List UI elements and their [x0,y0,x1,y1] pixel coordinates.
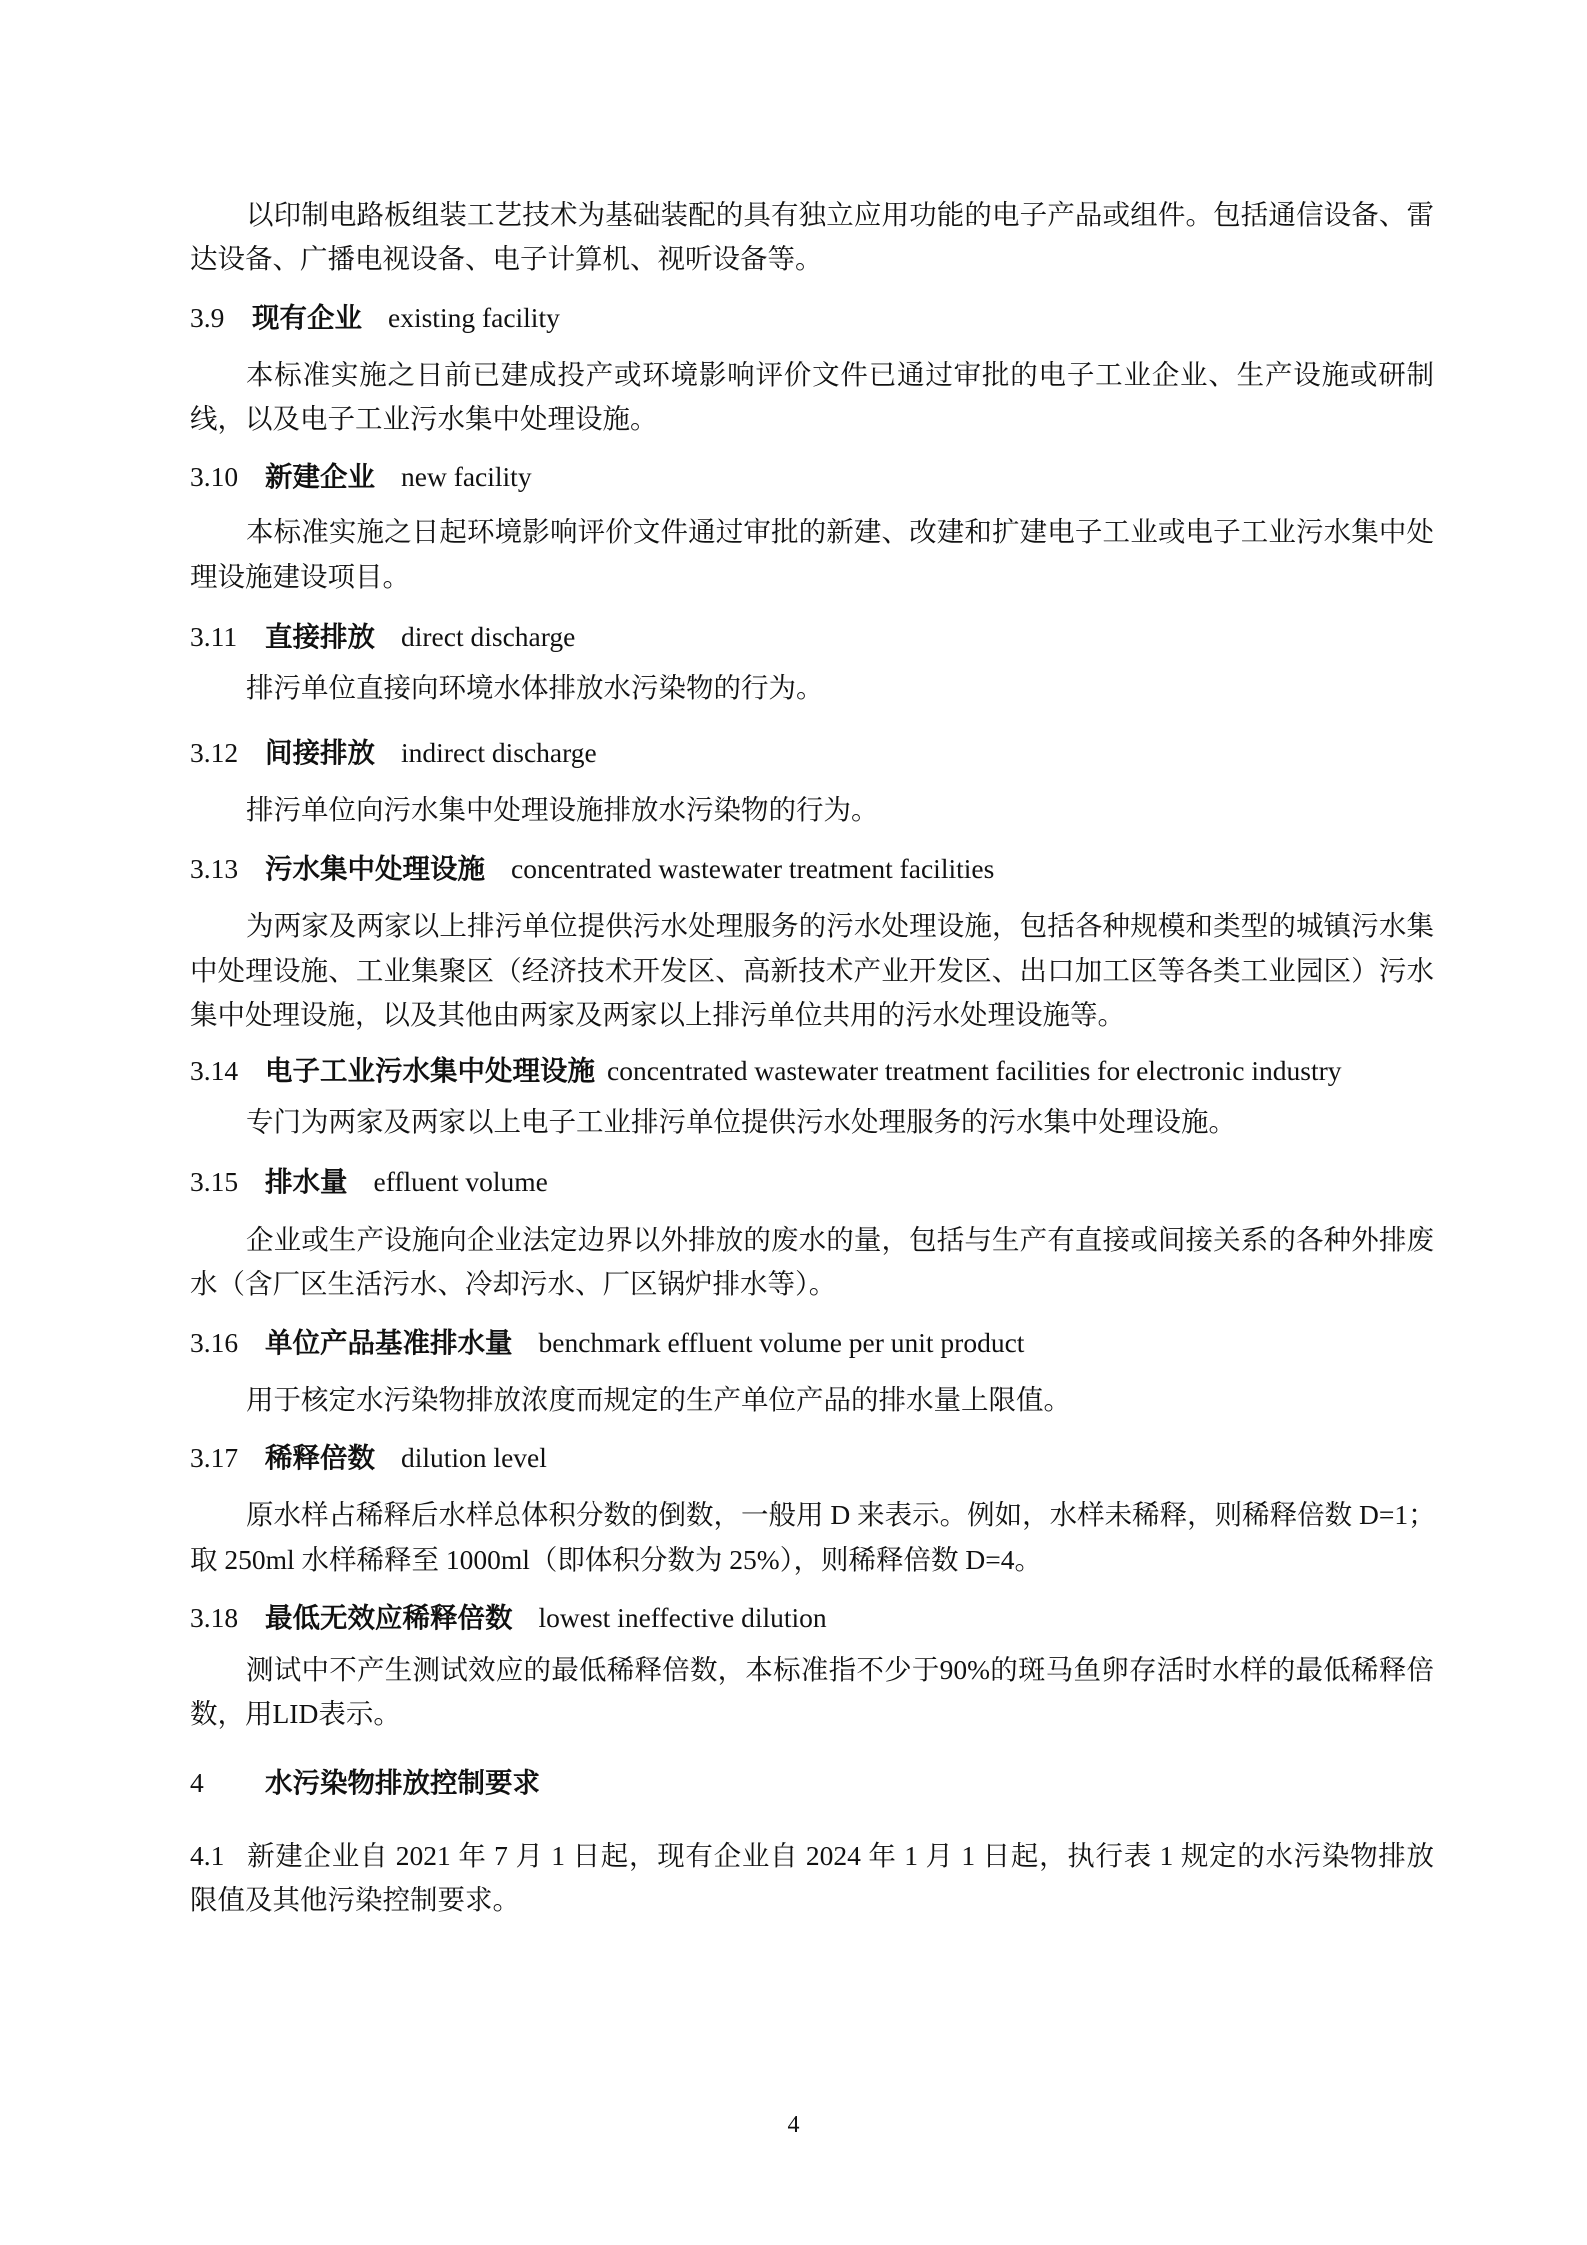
page-number: 4 [0,2112,1587,2139]
term-number: 3.9 [190,301,252,335]
term-heading-3-12: 3.12间接排放indirect discharge [190,736,1434,770]
term-heading-3-15: 3.15排水量effluent volume [190,1165,1434,1199]
term-heading-3-16: 3.16单位产品基准排水量benchmark effluent volume p… [190,1326,1434,1360]
term-cn: 直接排放 [265,621,375,653]
paragraph-line: 排污单位向污水集中处理设施排放水污染物的行为。 [246,793,1434,827]
term-number: 3.18 [190,1601,265,1635]
term-cn: 单位产品基准排水量 [265,1327,513,1359]
term-en: new facility [401,461,532,492]
paragraph-line: 理设施建设项目。 [190,560,1434,594]
paragraph-line: 为两家及两家以上排污单位提供污水处理服务的污水处理设施，包括各种规模和类型的城镇… [246,909,1434,943]
paragraph-line: 数，用LID表示。 [190,1697,1434,1731]
paragraph-line: 企业或生产设施向企业法定边界以外排放的废水的量，包括与生产有直接或间接关系的各种… [246,1223,1434,1257]
term-number: 3.14 [190,1054,265,1088]
term-en: dilution level [401,1442,547,1473]
term-en: benchmark effluent volume per unit produ… [539,1327,1025,1358]
section-title: 水污染物排放控制要求 [265,1767,540,1799]
term-heading-3-9: 3.9现有企业existing facility [190,301,1434,335]
term-en: direct discharge [401,621,575,652]
term-en: indirect discharge [401,737,597,768]
paragraph-line: 本标准实施之日起环境影响评价文件通过审批的新建、改建和扩建电子工业或电子工业污水… [246,515,1434,549]
paragraph-line: 排污单位直接向环境水体排放水污染物的行为。 [246,671,1434,705]
term-en: existing facility [388,302,560,333]
term-en: concentrated wastewater treatment facili… [607,1055,1342,1086]
term-number: 3.13 [190,852,265,886]
term-number: 3.15 [190,1165,265,1199]
term-cn: 最低无效应稀释倍数 [265,1602,513,1634]
term-number: 3.12 [190,736,265,770]
term-cn: 排水量 [265,1166,348,1198]
paragraph-line: 水（含厂区生活污水、冷却污水、厂区锅炉排水等）。 [190,1267,1434,1301]
paragraph-line: 专门为两家及两家以上电子工业排污单位提供污水处理服务的污水集中处理设施。 [246,1105,1434,1139]
term-cn: 现有企业 [252,302,362,334]
term-heading-3-14: 3.14电子工业污水集中处理设施concentrated wastewater … [190,1054,1434,1088]
clause-text: 新建企业自 2021 年 7 月 1 日起，现有企业自 2024 年 1 月 1… [247,1840,1434,1871]
term-cn: 稀释倍数 [265,1442,375,1474]
term-number: 3.11 [190,620,265,654]
paragraph-line: 测试中不产生测试效应的最低稀释倍数，本标准指不少于90%的斑马鱼卵存活时水样的最… [246,1653,1434,1687]
term-heading-3-17: 3.17稀释倍数dilution level [190,1441,1434,1475]
clause-4-1-line: 4.1 新建企业自 2021 年 7 月 1 日起，现有企业自 2024 年 1… [190,1839,1434,1873]
paragraph-line: 本标准实施之日前已建成投产或环境影响评价文件已通过审批的电子工业企业、生产设施或… [246,358,1434,392]
term-cn: 间接排放 [265,737,375,769]
paragraph-line: 取 250ml 水样稀释至 1000ml（即体积分数为 25%），则稀释倍数 D… [190,1543,1434,1577]
paragraph-line: 以印制电路板组装工艺技术为基础装配的具有独立应用功能的电子产品或组件。包括通信设… [246,198,1434,232]
term-heading-3-10: 3.10新建企业new facility [190,460,1434,494]
section-heading-4: 4水污染物排放控制要求 [190,1766,1434,1800]
term-number: 3.10 [190,460,265,494]
term-cn: 新建企业 [265,461,375,493]
paragraph-line: 集中处理设施，以及其他由两家及两家以上排污单位共用的污水处理设施等。 [190,998,1434,1032]
term-number: 3.16 [190,1326,265,1360]
term-en: lowest ineffective dilution [539,1602,827,1633]
term-en: effluent volume [374,1166,548,1197]
term-cn: 电子工业污水集中处理设施 [265,1055,595,1087]
clause-number: 4.1 [190,1840,224,1871]
paragraph-line: 限值及其他污染控制要求。 [190,1883,1434,1917]
term-number: 3.17 [190,1441,265,1475]
term-en: concentrated wastewater treatment facili… [511,853,994,884]
term-cn: 污水集中处理设施 [265,853,485,885]
term-heading-3-18: 3.18最低无效应稀释倍数lowest ineffective dilution [190,1601,1434,1635]
paragraph-line: 线，以及电子工业污水集中处理设施。 [190,402,1434,436]
paragraph-line: 达设备、广播电视设备、电子计算机、视听设备等。 [190,242,1434,276]
term-heading-3-13: 3.13污水集中处理设施concentrated wastewater trea… [190,852,1434,886]
paragraph-line: 用于核定水污染物排放浓度而规定的生产单位产品的排水量上限值。 [246,1383,1434,1417]
section-number: 4 [190,1766,265,1800]
term-heading-3-11: 3.11直接排放direct discharge [190,620,1434,654]
paragraph-line: 原水样占稀释后水样总体积分数的倒数，一般用 D 来表示。例如，水样未稀释，则稀释… [246,1498,1434,1532]
paragraph-line: 中处理设施、工业集聚区（经济技术开发区、高新技术产业开发区、出口加工区等各类工业… [190,954,1434,988]
